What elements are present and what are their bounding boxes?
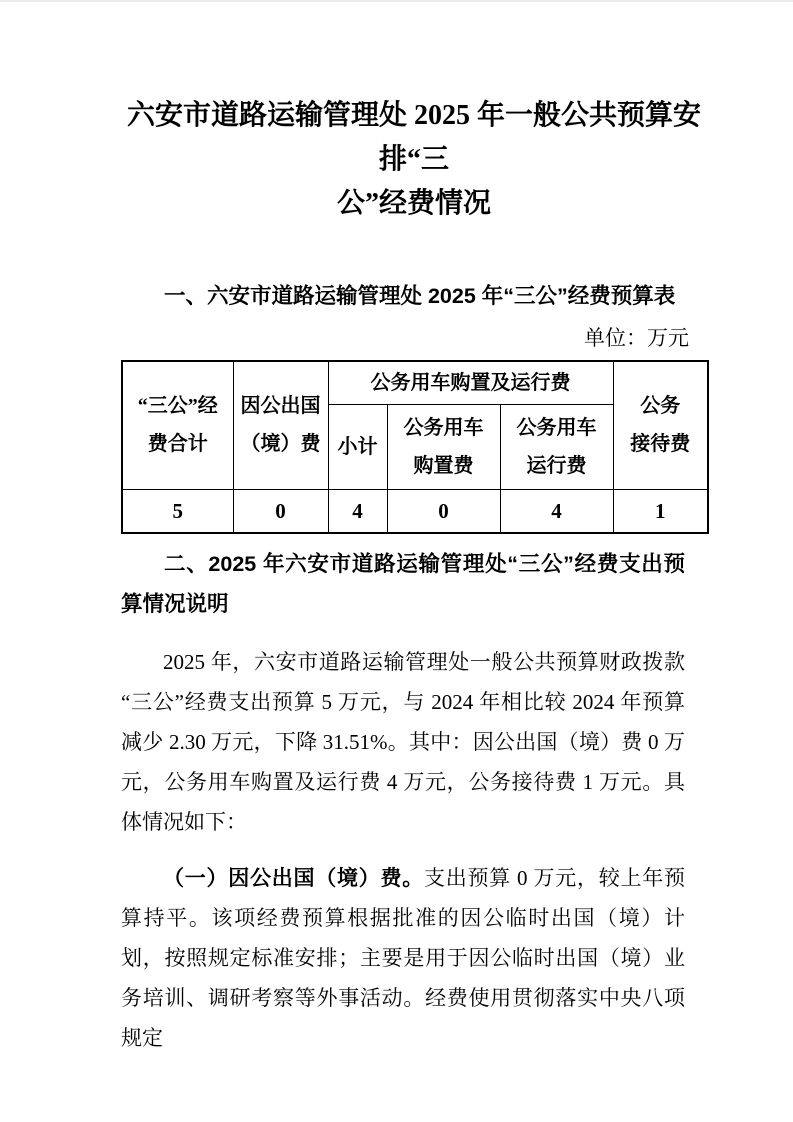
table-data-row: 5 0 4 0 4 1 [122,489,708,533]
table-value-purchase: 0 [387,489,500,533]
table-value-sangong-total: 5 [122,489,233,533]
paragraph-2-body: 支出预算 0 万元，较上年预算持平。该项经费预算根据批准的因公临时出国（境）计划… [121,866,685,1050]
table-header-reception: 公务 接待费 [613,361,708,489]
table-header-sangong-total: “三公”经 费合计 [122,361,233,489]
paragraph-1: 2025 年，六安市道路运输管理处一般公共预算财政拨款“三公”经费支出预算 5 … [121,642,707,842]
table-value-subtotal: 4 [328,489,387,533]
section-2-heading: 二、2025 年六安市道路运输管理处“三公”经费支出预算情况说明 [121,544,707,624]
unit-label: 单位：万元 [121,318,707,358]
table-header-abroad: 因公出国 （境）费 [233,361,328,489]
document-page: 六安市道路运输管理处 2025 年一般公共预算安排“三 公”经费情况 一、六安市… [0,0,793,1122]
table-value-operation: 4 [500,489,613,533]
table-value-abroad: 0 [233,489,328,533]
paragraph-2-lead: （一）因公出国（境）费。 [163,866,424,890]
table-value-reception: 1 [613,489,708,533]
budget-table: “三公”经 费合计 因公出国 （境）费 公务用车购置及运行费 公务 接待费 小计… [121,360,709,534]
table-header-row-1: “三公”经 费合计 因公出国 （境）费 公务用车购置及运行费 公务 接待费 [122,361,708,404]
table-header-purchase: 公务用车 购置费 [387,404,500,489]
table-header-operation: 公务用车 运行费 [500,404,613,489]
table-header-vehicle-group: 公务用车购置及运行费 [328,361,613,404]
table-header-subtotal: 小计 [328,404,387,489]
paragraph-2: （一）因公出国（境）费。支出预算 0 万元，较上年预算持平。该项经费预算根据批准… [121,858,707,1058]
document-content: 六安市道路运输管理处 2025 年一般公共预算安排“三 公”经费情况 一、六安市… [121,2,707,1058]
document-title: 六安市道路运输管理处 2025 年一般公共预算安排“三 公”经费情况 [121,94,707,226]
section-1-heading: 一、六安市道路运输管理处 2025 年“三公”经费预算表 [121,276,707,316]
